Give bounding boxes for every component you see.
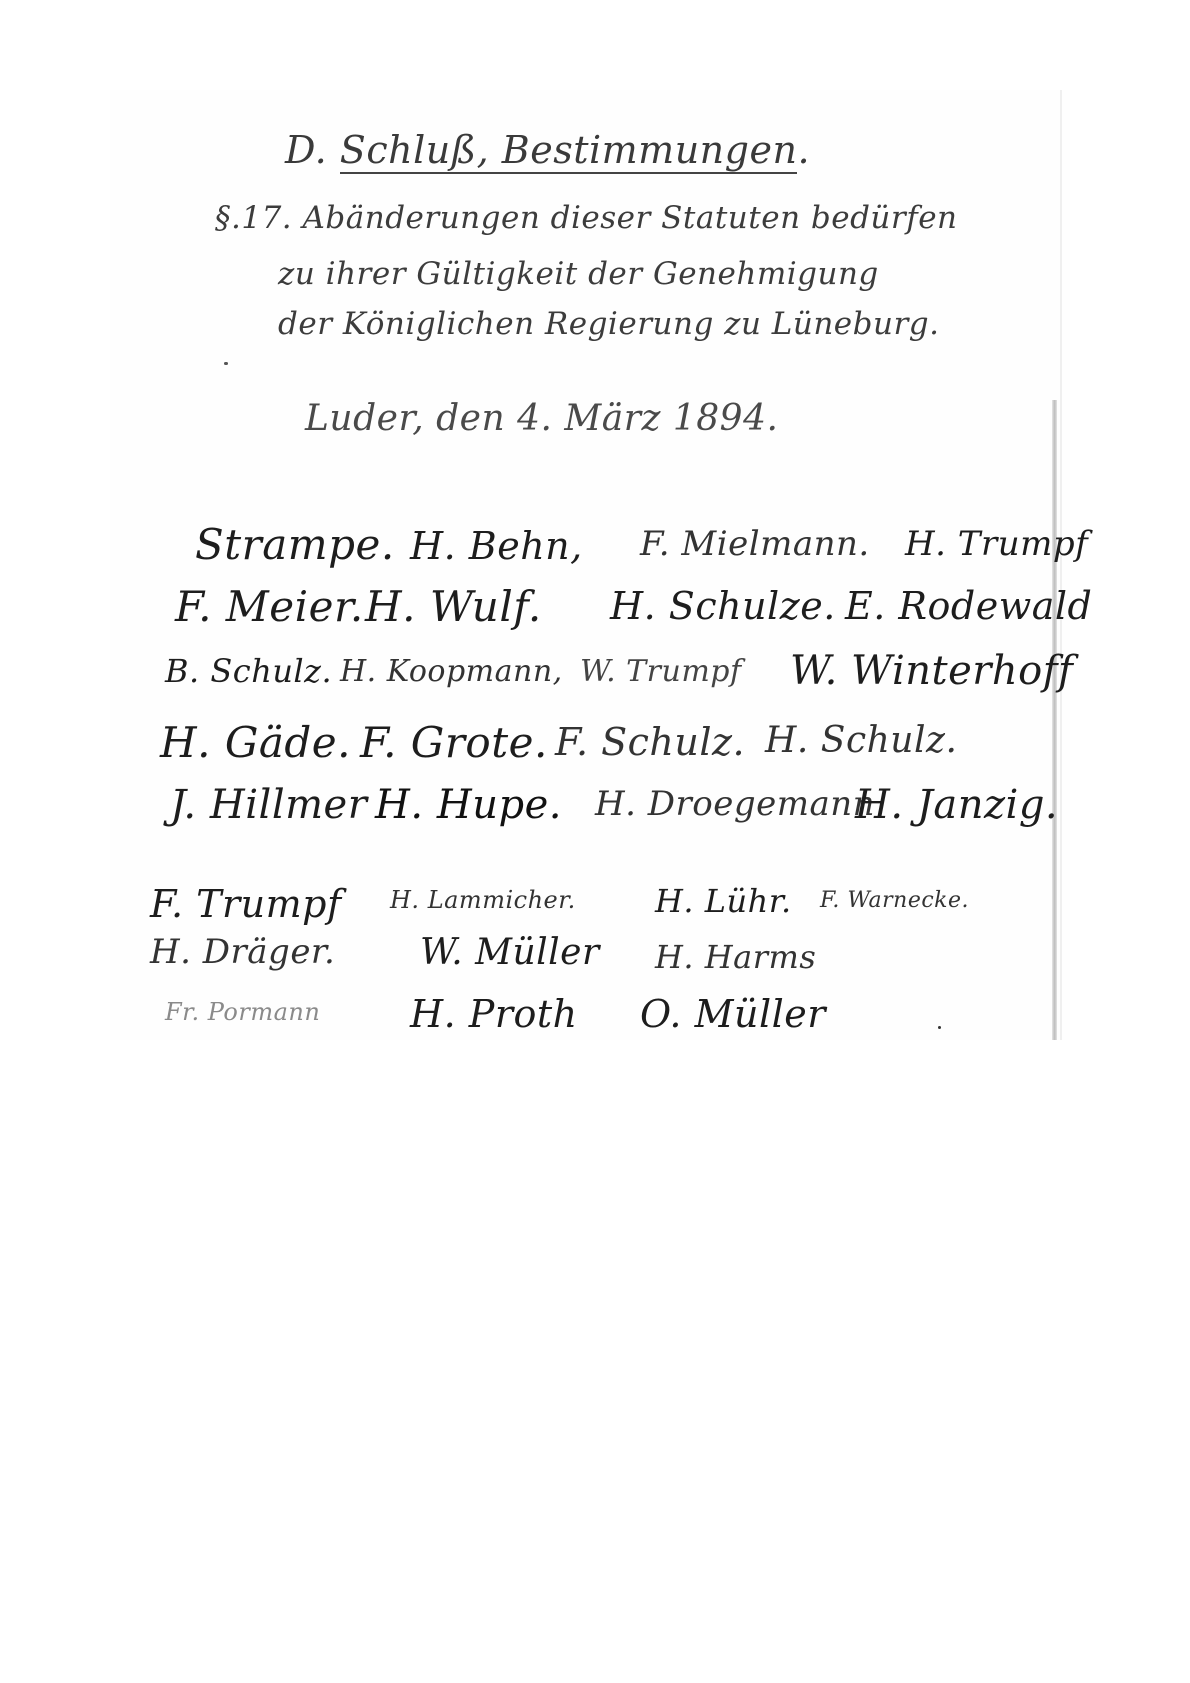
paragraph-line-1: §.17. Abänderungen dieser Statuten bedür… (215, 200, 958, 236)
signature: F. Meier. (175, 582, 364, 631)
section-heading: D. Schluß, Bestimmungen. (285, 128, 810, 172)
dateline-year: 1894. (673, 398, 779, 439)
signature: H. Trumpf (905, 524, 1088, 564)
signature: H. Koopmann, (340, 654, 563, 689)
heading-title-part1: Schluß (340, 128, 477, 172)
heading-title-underlined: Schluß, Bestimmungen (340, 128, 798, 174)
dateline: Luder, den 4. März 1894. (305, 398, 778, 439)
signature: O. Müller (640, 992, 826, 1036)
signature: Strampe. (195, 520, 395, 569)
heading-suffix: . (797, 128, 810, 172)
signature: H. Lammicher. (390, 886, 576, 914)
signature: H. Janzig. (855, 782, 1058, 828)
heading-prefix: D. (285, 128, 327, 172)
signature: W. Müller (420, 932, 600, 973)
paragraph-line-3: der Königlichen Regierung zu Lüneburg. (278, 306, 939, 342)
signature: H. Schulz. (765, 720, 957, 761)
ink-mark (224, 362, 228, 365)
dateline-day: 4. (517, 398, 552, 439)
signature: H. Hupe. (375, 782, 562, 828)
signature: E. Rodewald (845, 584, 1092, 628)
section-number: §.17. (215, 200, 292, 236)
signature: B. Schulz. (165, 652, 332, 690)
signature-row-8: Fr. Pormann H. Proth O. Müller (0, 992, 1190, 1052)
signature-row-4: H. Gäde. F. Grote. F. Schulz. H. Schulz. (0, 718, 1190, 778)
dateline-word: den (436, 398, 505, 439)
signature-faded: Fr. Pormann (165, 998, 320, 1026)
signature: H. Wulf. (365, 582, 542, 631)
signature: H. Dräger. (150, 932, 335, 972)
signature: F. Warnecke. (820, 888, 969, 913)
signature: W. Trumpf (580, 654, 742, 689)
dateline-place: Luder, (305, 398, 424, 439)
heading-title-part2: Bestimmungen (502, 128, 798, 172)
signature: H. Behn, (410, 524, 583, 568)
ink-dot (938, 1026, 941, 1029)
signature-row-3: B. Schulz. H. Koopmann, W. Trumpf W. Win… (0, 648, 1190, 708)
paragraph-line-2: zu ihrer Gültigkeit der Genehmigung (278, 256, 879, 292)
signature: F. Schulz. (555, 720, 745, 764)
signature: F. Mielmann. (640, 524, 870, 564)
paragraph-text-1: Abänderungen dieser Statuten bedürfen (303, 200, 958, 236)
signature: H. Lühr. (655, 882, 792, 920)
signature: H. Schulze. (610, 584, 836, 628)
signature: H. Proth (410, 992, 578, 1036)
heading-separator: , (477, 128, 490, 172)
signature: F. Grote. (360, 718, 548, 767)
signature-row-2: F. Meier. H. Wulf. H. Schulze. E. Rodewa… (0, 582, 1190, 642)
page: D. Schluß, Bestimmungen. §.17. Abänderun… (0, 0, 1190, 1683)
signature: H. Harms (655, 938, 816, 976)
signature: W. Winterhoff (790, 648, 1073, 694)
signature: J. Hillmer (170, 782, 367, 828)
signature-row-5: J. Hillmer H. Hupe. H. Droegemann H. Jan… (0, 782, 1190, 842)
signature-row-1: Strampe. H. Behn, F. Mielmann. H. Trumpf (0, 520, 1190, 580)
signature: H. Droegemann (595, 784, 875, 824)
signature: H. Gäde. (160, 718, 351, 767)
dateline-month: März (564, 398, 661, 439)
signature: F. Trumpf (150, 882, 342, 926)
signature-row-7: H. Dräger. W. Müller H. Harms (0, 932, 1190, 992)
